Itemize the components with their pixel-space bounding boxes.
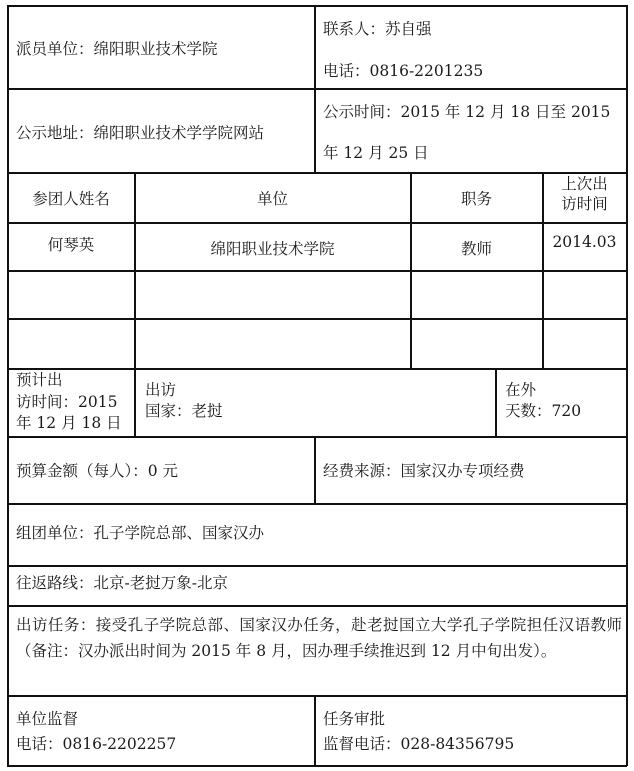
col-divider <box>314 436 316 504</box>
visit-country-line1: 出访 <box>145 382 176 399</box>
border-left <box>7 5 9 766</box>
header-position: 职务 <box>411 187 542 209</box>
participant-last-visit: 2014.03 <box>543 233 626 251</box>
contact-phone: 电话：0816-2201235 <box>323 59 483 81</box>
row-divider <box>7 565 627 567</box>
visit-country-line2: 国家：老挝 <box>145 403 223 420</box>
participant-unit: 绵阳职业技术学院 <box>135 237 410 259</box>
col-divider <box>314 5 316 173</box>
publicity-time-line2: 年 12 月 25 日 <box>323 141 429 163</box>
task-approval-phone: 监督电话：028-84356795 <box>323 736 514 753</box>
row-divider <box>7 503 627 505</box>
row-divider <box>7 88 627 90</box>
publicity-address: 公示地址：绵阳职业技术学学院网站 <box>16 121 264 143</box>
row-divider <box>7 605 627 607</box>
col-divider <box>495 368 497 437</box>
row-divider <box>7 368 627 370</box>
contact-person: 联系人：苏自强 <box>323 17 432 39</box>
row-divider <box>7 436 627 438</box>
row-divider <box>7 172 627 174</box>
unit-supervision-phone: 电话：0816-2202257 <box>16 736 176 753</box>
organizing-unit: 组团单位：孔子学院总部、国家汉办 <box>16 521 264 543</box>
header-unit: 单位 <box>135 187 410 209</box>
row-divider <box>7 270 627 272</box>
mission: 出访任务：接受孔子学院总部、国家汉办任务，赴老挝国立大学孔子学院担任汉语教师（备… <box>16 612 622 664</box>
budget: 预算金额（每人）：0 元 <box>16 459 178 481</box>
planned-departure-line1: 预计出 <box>16 372 63 389</box>
publicity-time-line1: 公示时间：2015 年 12 月 18 日至 2015 <box>323 100 610 122</box>
row-divider <box>7 318 627 320</box>
planned-departure-line2: 访时间：2015 <box>16 394 117 411</box>
days-abroad-line1: 在外 <box>505 382 536 399</box>
participant-name: 何琴英 <box>8 233 134 255</box>
row-divider <box>7 695 627 697</box>
days-abroad-line2: 天数：720 <box>505 403 581 420</box>
task-approval-line1: 任务审批 <box>323 711 385 728</box>
row-divider <box>7 222 627 224</box>
col-divider <box>314 695 316 766</box>
header-participant-name: 参团人姓名 <box>8 187 134 209</box>
planned-departure-line3: 年 12 月 18 日 <box>16 415 122 432</box>
border-bottom <box>7 765 627 767</box>
participant-position: 教师 <box>411 237 542 259</box>
funding-source: 经费来源：国家汉办专项经费 <box>323 459 525 481</box>
border-right <box>626 5 628 766</box>
unit-supervision-line1: 单位监督 <box>16 711 78 728</box>
header-last-visit-line2: 访时间 <box>543 196 626 213</box>
route: 往返路线：北京-老挝万象-北京 <box>16 571 228 593</box>
col-divider <box>134 172 136 436</box>
dispatch-unit: 派员单位：绵阳职业技术学院 <box>16 37 218 59</box>
border-top <box>7 5 627 7</box>
header-last-visit-line1: 上次出 <box>543 176 626 193</box>
